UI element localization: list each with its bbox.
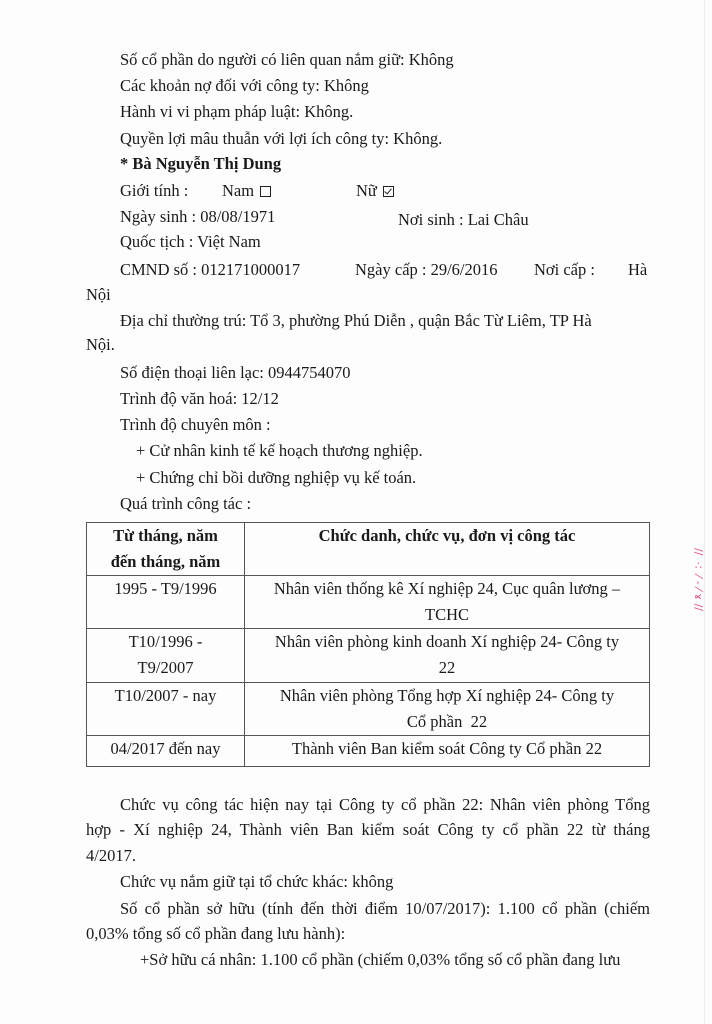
gender-male-label: Nam bbox=[222, 181, 254, 200]
cell-period: T10/2007 - nay bbox=[87, 683, 245, 736]
education-level: Trình độ văn hoá: 12/12 bbox=[120, 389, 279, 409]
id-issue-place-cont: Nội bbox=[86, 285, 111, 305]
person-heading: * Bà Nguyễn Thị Dung bbox=[120, 154, 281, 174]
qualification-label: Trình độ chuyên môn : bbox=[120, 415, 271, 435]
table-row: 04/2017 đến nay Thành viên Ban kiểm soát… bbox=[87, 736, 650, 767]
gender-female-option: Nữ bbox=[356, 181, 394, 201]
table-row: T10/2007 - nay Nhân viên phòng Tổng hợp … bbox=[87, 683, 650, 736]
address-line-1: Địa chỉ thường trú: Tổ 3, phường Phú Diễ… bbox=[120, 311, 592, 331]
document-page: Số cổ phần do người có liên quan nắm giữ… bbox=[0, 0, 712, 1024]
header-period-line: Từ tháng, năm bbox=[93, 523, 238, 549]
page-edge-divider bbox=[704, 0, 705, 1024]
nationality: Quốc tịch : Việt Nam bbox=[120, 232, 261, 252]
current-position-line-3: 4/2017. bbox=[86, 846, 136, 866]
violations-line: Hành vi vi phạm pháp luật: Không. bbox=[120, 102, 353, 122]
cell-period: 04/2017 đến nay bbox=[87, 736, 245, 767]
header-period: Từ tháng, năm đến tháng, năm bbox=[87, 523, 245, 576]
date-of-birth: Ngày sinh : 08/08/1971 bbox=[120, 207, 275, 227]
header-period-line: đến tháng, năm bbox=[93, 549, 238, 575]
gender-female-label: Nữ bbox=[356, 181, 377, 200]
qualification-item: + Chứng chỉ bồi dưỡng nghiệp vụ kế toán. bbox=[136, 468, 416, 488]
table-row: 1995 - T9/1996 Nhân viên thống kê Xí ngh… bbox=[87, 576, 650, 629]
red-stamp-mark: // ∴ ⁄ - ⁄ ɤ // bbox=[690, 548, 704, 668]
cell-position-line: Cổ phần 22 bbox=[251, 709, 643, 735]
qualification-item: + Cử nhân kinh tế kế hoạch thương nghiệp… bbox=[136, 441, 423, 461]
personal-shares: +Sở hữu cá nhân: 1.100 cổ phần (chiếm 0,… bbox=[140, 950, 620, 970]
id-issue-place-label: Nơi cấp : bbox=[534, 260, 595, 280]
cell-period-line: T10/1996 - bbox=[93, 629, 238, 655]
related-shares-line: Số cổ phần do người có liên quan nắm giữ… bbox=[120, 50, 454, 70]
work-history-table: Từ tháng, năm đến tháng, năm Chức danh, … bbox=[86, 522, 650, 767]
cell-position-line: Nhân viên thống kê Xí nghiệp 24, Cục quâ… bbox=[251, 576, 643, 602]
cell-position-line: Nhân viên phòng Tổng hợp Xí nghiệp 24- C… bbox=[251, 683, 643, 709]
conflict-line: Quyền lợi mâu thuẫn với lợi ích công ty:… bbox=[120, 129, 442, 149]
address-line-2: Nội. bbox=[86, 335, 115, 355]
shares-owned-line-1: Số cổ phần sở hữu (tính đến thời điểm 10… bbox=[120, 899, 650, 919]
id-number: CMND số : 012171000017 bbox=[120, 260, 300, 280]
table-header-row: Từ tháng, năm đến tháng, năm Chức danh, … bbox=[87, 523, 650, 576]
current-position-line-1: Chức vụ công tác hiện nay tại Công ty cổ… bbox=[120, 795, 650, 815]
cell-position: Nhân viên phòng Tổng hợp Xí nghiệp 24- C… bbox=[245, 683, 650, 736]
phone: Số điện thoại liên lạc: 0944754070 bbox=[120, 363, 351, 383]
other-positions: Chức vụ nắm giữ tại tổ chức khác: không bbox=[120, 872, 393, 892]
cell-period-line: T9/2007 bbox=[93, 655, 238, 681]
gender-male-option: Nam bbox=[222, 181, 271, 201]
debts-line: Các khoản nợ đối với công ty: Không bbox=[120, 76, 369, 96]
cell-period: T10/1996 - T9/2007 bbox=[87, 629, 245, 683]
header-position: Chức danh, chức vụ, đơn vị công tác bbox=[245, 523, 650, 576]
cell-position: Nhân viên phòng kinh doanh Xí nghiệp 24-… bbox=[245, 629, 650, 683]
cell-position-line: TCHC bbox=[251, 602, 643, 628]
gender-label: Giới tính : bbox=[120, 181, 188, 201]
shares-owned-line-2: 0,03% tổng số cổ phần đang lưu hành): bbox=[86, 924, 345, 944]
table-row: T10/1996 - T9/2007 Nhân viên phòng kinh … bbox=[87, 629, 650, 683]
birthplace: Nơi sinh : Lai Châu bbox=[398, 210, 529, 230]
cell-position-line: Nhân viên phòng kinh doanh Xí nghiệp 24-… bbox=[251, 629, 643, 655]
cell-period: 1995 - T9/1996 bbox=[87, 576, 245, 629]
cell-position: Nhân viên thống kê Xí nghiệp 24, Cục quâ… bbox=[245, 576, 650, 629]
current-position-line-2: hợp - Xí nghiệp 24, Thành viên Ban kiểm … bbox=[86, 820, 650, 840]
checkbox-checked-icon bbox=[383, 186, 394, 197]
work-history-label: Quá trình công tác : bbox=[120, 494, 251, 514]
checkbox-unchecked-icon bbox=[260, 186, 271, 197]
cell-position: Thành viên Ban kiểm soát Công ty Cổ phần… bbox=[245, 736, 650, 767]
id-issue-date: Ngày cấp : 29/6/2016 bbox=[355, 260, 498, 280]
cell-position-line: 22 bbox=[251, 655, 643, 681]
id-issue-place: Hà bbox=[628, 260, 647, 280]
